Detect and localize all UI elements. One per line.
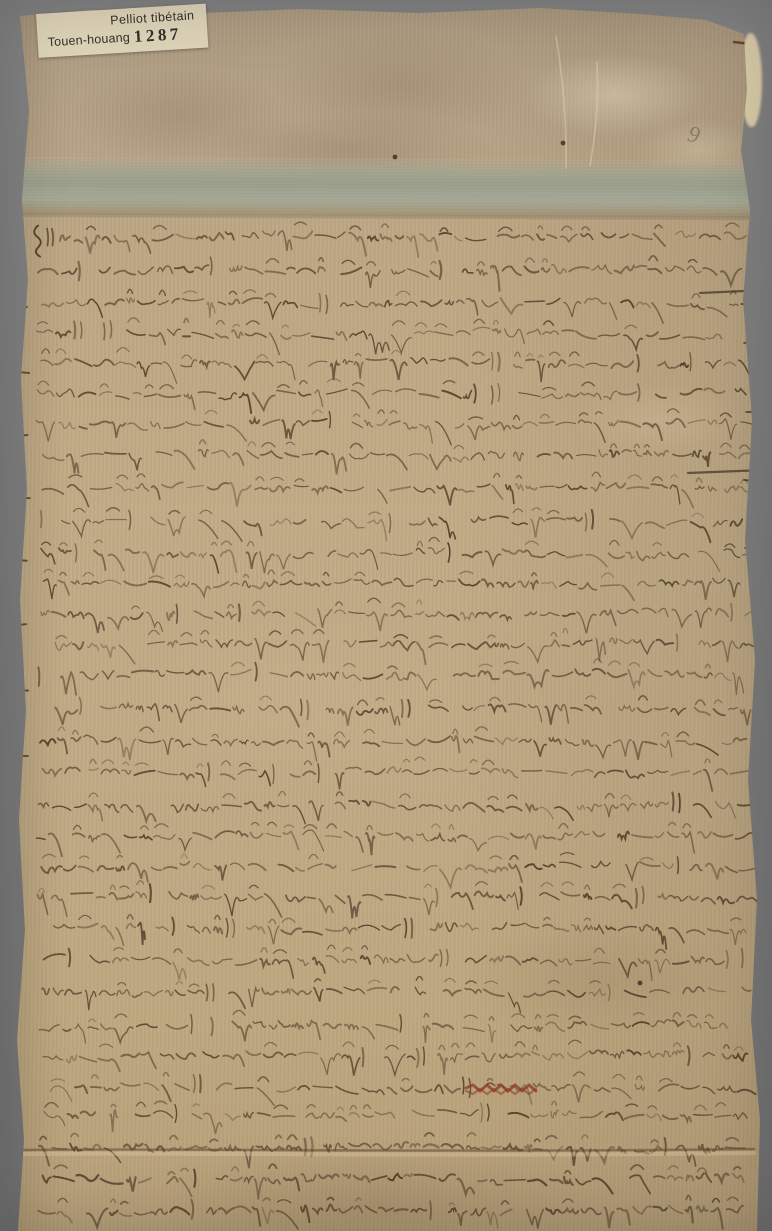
manuscript-paper: 9: [0, 0, 772, 1231]
catalog-label-site: Touen-houang: [47, 30, 130, 49]
manuscript-photo: 9 Pelliot tibétain Touen-houang1287: [0, 0, 772, 1231]
catalog-number: 1287: [133, 24, 182, 46]
handwriting-layer: [0, 0, 772, 1231]
